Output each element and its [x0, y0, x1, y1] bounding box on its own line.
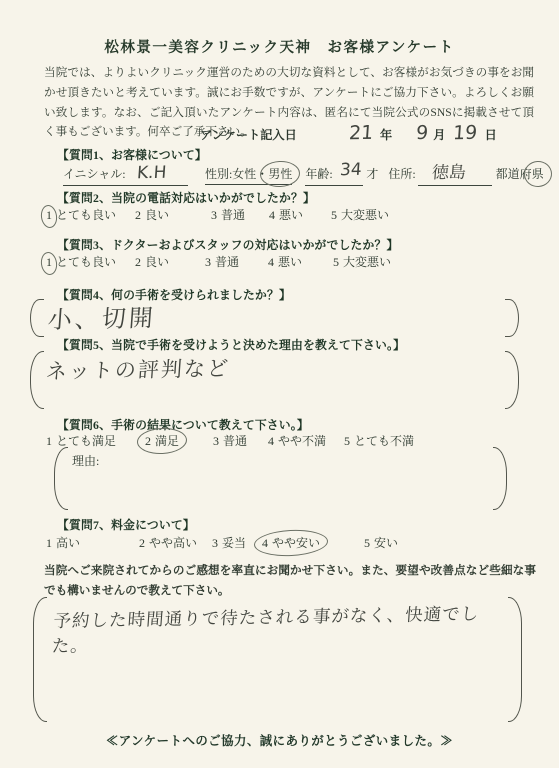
- q3-option-3: 3普通: [205, 253, 268, 270]
- close-paren: [505, 299, 519, 337]
- gender-field: 性別:女性・男性: [205, 165, 292, 185]
- initial-field: イニシャル: K.H: [63, 163, 188, 186]
- gender-selected-circle: 男性: [268, 165, 292, 182]
- open-paren: [54, 447, 68, 510]
- q3-heading: 【質問3、ドクターおよびスタッフの対応はいかがでしたか？】: [57, 236, 399, 253]
- date-year-unit: 年: [380, 126, 392, 143]
- q1-fields: イニシャル: K.H 性別:女性・男性 年齢: 34 才 住所: 徳島 都道府県: [63, 158, 544, 186]
- address-selected-circle: 県: [532, 165, 544, 182]
- page-title: 松林景一美容クリニック天神 お客様アンケート: [0, 36, 559, 57]
- q3-option-4: 4悪い: [268, 253, 333, 270]
- open-paren: [33, 597, 47, 722]
- q5-answer-box: ネットの評判など: [30, 351, 519, 409]
- age-value: 34: [339, 160, 362, 180]
- initial-label: イニシャル:: [63, 167, 126, 181]
- address-label: 住所:: [388, 165, 415, 182]
- q5-answer: ネットの評判など: [45, 352, 231, 385]
- date-label: アンケート記入日: [200, 126, 297, 143]
- address-value-field: 徳島: [418, 158, 492, 186]
- date-line: アンケート記入日 21 年 9 月 19 日: [200, 122, 497, 144]
- q4-answer-box: 小、切開: [30, 299, 519, 337]
- age-label: 年齢:: [305, 167, 332, 181]
- q3-selected-circle: 1: [46, 255, 52, 270]
- address-selected: 県: [532, 167, 544, 181]
- date-month-value: 9: [415, 122, 429, 144]
- q7-option-5: 5安い: [364, 534, 398, 551]
- q3-option-2: 2良い: [135, 253, 205, 270]
- closing-message: ≪アンケートへのご協力、誠にありがとうございました。≫: [0, 731, 559, 749]
- q3-option-1: 1とても良い: [46, 253, 135, 270]
- close-paren: [508, 597, 522, 722]
- close-paren: [505, 351, 519, 409]
- age-unit: 才: [366, 165, 378, 182]
- date-year-value: 21: [348, 122, 374, 144]
- address-value: 徳島: [431, 158, 467, 184]
- q7-options: 1高い 2やや高い 3妥当 4やや安い 5安い: [46, 534, 398, 551]
- survey-form-scan: 松林景一美容クリニック天神 お客様アンケート 当院では、よりよいクリニック運営の…: [0, 0, 559, 768]
- q6-heading: 【質問6、手術の結果について教えて下さい。】: [57, 416, 309, 433]
- date-day-value: 19: [453, 122, 479, 144]
- q2-option-4: 4悪い: [269, 206, 331, 223]
- age-field: 年齢: 34: [305, 163, 363, 186]
- feedback-answer: 予約した時間通りで待たされる事がなく、快適でした。: [51, 600, 510, 658]
- q2-options: 1とても良い 2良い 3普通 4悪い 5大変悪い: [46, 206, 389, 223]
- feedback-answer-box: 予約した時間通りで待たされる事がなく、快適でした。: [33, 597, 522, 722]
- date-day-unit: 日: [485, 126, 497, 143]
- open-paren: [30, 299, 44, 337]
- feedback-prompt: 当院へご来院されてからのご感想を率直にお聞かせ下さい。また、要望や改善点など些細…: [44, 561, 536, 600]
- q2-selected-circle: 1: [46, 208, 52, 223]
- initial-value: K.H: [136, 163, 167, 184]
- q2-option-1: 1とても良い: [46, 206, 135, 223]
- gender-label: 性別:女性・: [205, 167, 268, 181]
- q6-reason-label: 理由:: [72, 452, 99, 469]
- q4-answer: 小、切開: [47, 298, 158, 335]
- q3-option-5: 5大変悪い: [333, 253, 391, 270]
- open-paren: [30, 351, 44, 409]
- q2-option-2: 2良い: [135, 206, 211, 223]
- q6-reason-box: 理由:: [54, 447, 507, 510]
- q2-heading: 【質問2、当院の電話対応はいかがでしたか？】: [57, 189, 315, 206]
- q7-heading: 【質問7、料金について】: [57, 516, 195, 533]
- q7-option-4: 4やや安い: [262, 534, 320, 551]
- q7-option-1: 1高い: [46, 534, 139, 551]
- date-month-unit: 月: [433, 126, 445, 143]
- close-paren: [493, 447, 507, 510]
- gender-selected: 男性: [268, 167, 292, 181]
- q7-option-2: 2やや高い: [139, 534, 212, 551]
- q2-option-3: 3普通: [211, 206, 269, 223]
- q2-option-5: 5大変悪い: [331, 206, 389, 223]
- q3-options: 1とても良い 2良い 3普通 4悪い 5大変悪い: [46, 253, 391, 270]
